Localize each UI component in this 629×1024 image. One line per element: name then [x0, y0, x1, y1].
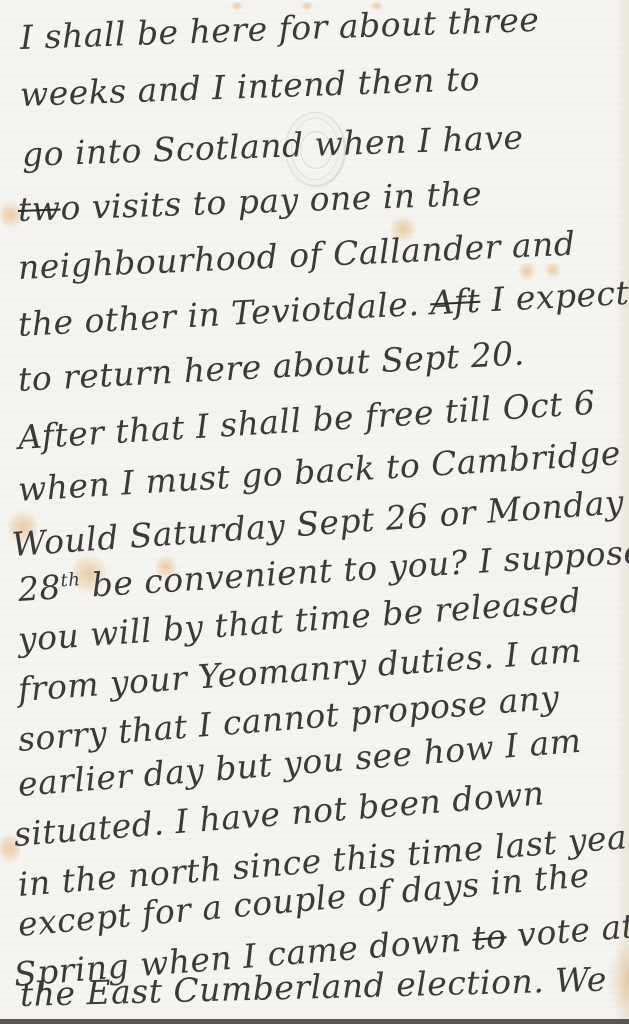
line-text: the other in Teviotdale.	[17, 283, 431, 344]
letter-line: to return here about Sept 20.	[17, 333, 526, 398]
letter-line: the other in Teviotdale. Aft I expect	[17, 273, 629, 344]
letter-line: neighbourhood of Callander and	[17, 224, 576, 287]
struck-text: tw	[17, 189, 61, 229]
line-text: o visits to pay one in the	[60, 174, 483, 228]
letter-line: go into Scotland when I have	[21, 118, 524, 174]
foxing-spot	[230, 2, 244, 10]
letter-line: I shall be here for about three	[19, 0, 540, 57]
line-text: I expect	[479, 273, 629, 320]
letter-page: I shall be here for about three weeks an…	[0, 0, 629, 1024]
line-text: 28	[17, 567, 62, 609]
superscript: th	[60, 569, 81, 591]
struck-text: Aft	[429, 281, 481, 323]
scan-edge	[0, 1019, 629, 1024]
foxing-stain	[607, 940, 629, 1020]
letter-line: weeks and I intend then to	[19, 59, 480, 114]
struck-text: to	[471, 916, 508, 958]
